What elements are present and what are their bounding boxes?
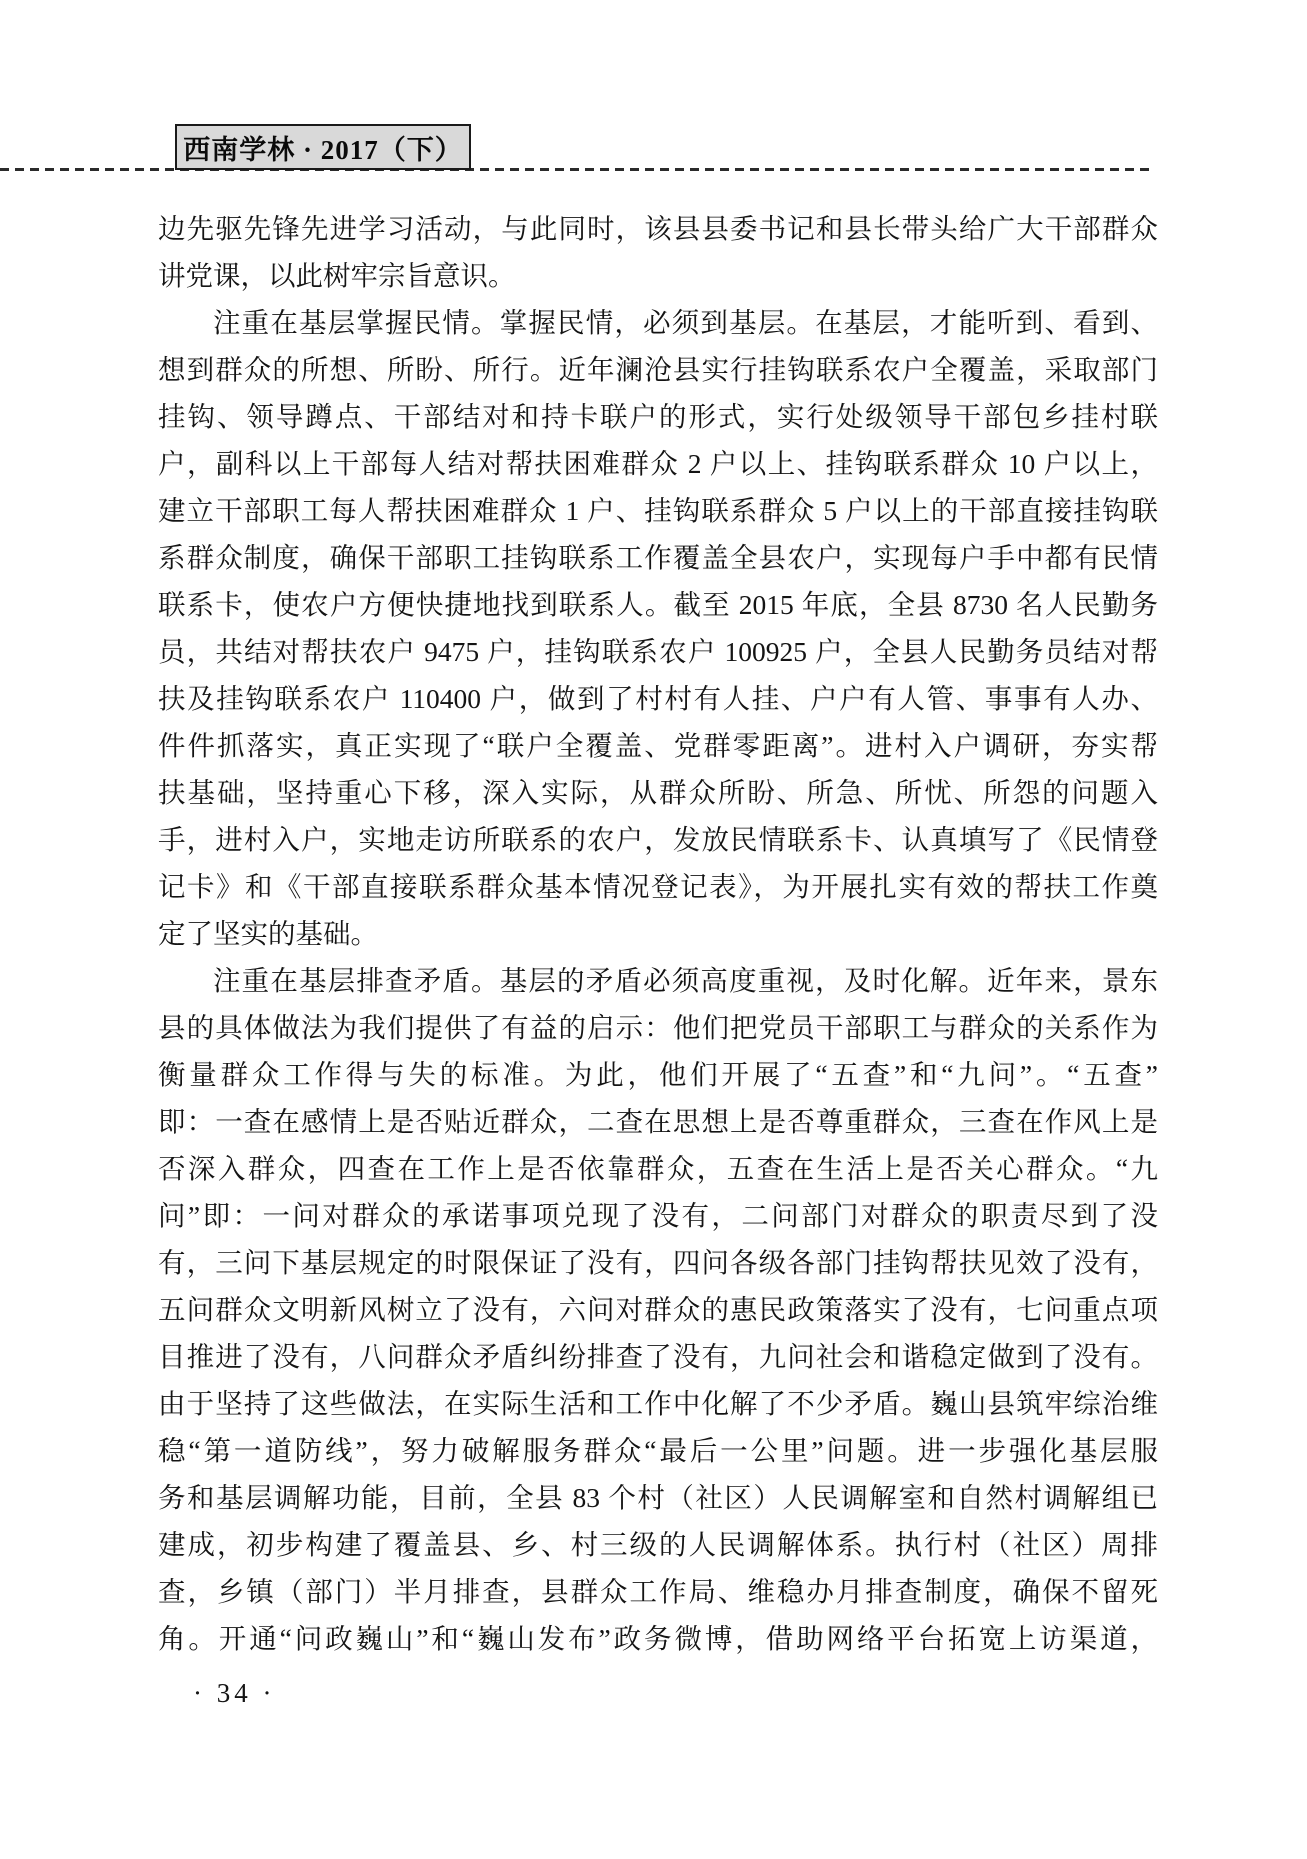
text-line: 系群众制度，确保干部职工挂钩联系工作覆盖全县农户，实现每户手中都有民情 [158,534,1158,581]
text-line: 五问群众文明新风树立了没有，六问对群众的惠民政策落实了没有，七问重点项 [158,1286,1158,1333]
text-line: 想到群众的所想、所盼、所行。近年澜沧县实行挂钩联系农户全覆盖，采取部门 [158,346,1158,393]
text-line: 扶及挂钩联系农户 110400 户，做到了村村有人挂、户户有人管、事事有人办、 [158,675,1158,722]
text-line: 由于坚持了这些做法，在实际生活和工作中化解了不少矛盾。巍山县筑牢综治维 [158,1380,1158,1427]
text-line: 手，进村入户，实地走访所联系的农户，发放民情联系卡、认真填写了《民情登 [158,816,1158,863]
text-line: 衡量群众工作得与失的标准。为此，他们开展了“五查”和“九问”。“五查” [158,1051,1158,1098]
text-line: 扶基础，坚持重心下移，深入实际，从群众所盼、所急、所忧、所怨的问题入 [158,769,1158,816]
text-line: 即：一查在感情上是否贴近群众，二查在思想上是否尊重群众，三查在作风上是 [158,1098,1158,1145]
text-line: 定了坚实的基础。 [158,910,1158,957]
text-line: 挂钩、领导蹲点、干部结对和持卡联户的形式，实行处级领导干部包乡挂村联 [158,393,1158,440]
page-body: 边先驱先锋先进学习活动，与此同时，该县县委书记和县长带头给广大干部群众讲党课，以… [158,205,1158,1662]
text-line: 件件抓落实，真正实现了“联户全覆盖、党群零距离”。进村入户调研，夯实帮 [158,722,1158,769]
book-page: 西南学林 · 2017（下） 边先驱先锋先进学习活动，与此同时，该县县委书记和县… [0,0,1307,1859]
text-line: 查，乡镇（部门）半月排查，县群众工作局、维稳办月排查制度，确保不留死 [158,1568,1158,1615]
text-line: 注重在基层排查矛盾。基层的矛盾必须高度重视，及时化解。近年来，景东 [158,957,1158,1004]
text-line: 建成，初步构建了覆盖县、乡、村三级的人民调解体系。执行村（社区）周排 [158,1521,1158,1568]
text-line: 注重在基层掌握民情。掌握民情，必须到基层。在基层，才能听到、看到、 [158,299,1158,346]
text-line: 记卡》和《干部直接联系群众基本情况登记表》，为开展扎实有效的帮扶工作奠 [158,863,1158,910]
text-line: 县的具体做法为我们提供了有益的启示：他们把党员干部职工与群众的关系作为 [158,1004,1158,1051]
text-line: 讲党课，以此树牢宗旨意识。 [158,252,1158,299]
text-line: 有，三问下基层规定的时限保证了没有，四问各级各部门挂钩帮扶见效了没有， [158,1239,1158,1286]
text-line: 否深入群众，四查在工作上是否依靠群众，五查在生活上是否关心群众。“九 [158,1145,1158,1192]
text-line: 稳“第一道防线”，努力破解服务群众“最后一公里”问题。进一步强化基层服 [158,1427,1158,1474]
text-line: 联系卡，使农户方便快捷地找到联系人。截至 2015 年底，全县 8730 名人民… [158,581,1158,628]
text-line: 边先驱先锋先进学习活动，与此同时，该县县委书记和县长带头给广大干部群众 [158,205,1158,252]
text-line: 问”即：一问对群众的承诺事项兑现了没有，二问部门对群众的职责尽到了没 [158,1192,1158,1239]
text-line: 员，共结对帮扶农户 9475 户，挂钩联系农户 100925 户，全县人民勤务员… [158,628,1158,675]
journal-title: 西南学林 · 2017（下） [183,128,463,167]
text-line: 建立干部职工每人帮扶困难群众 1 户、挂钩联系群众 5 户以上的干部直接挂钩联 [158,487,1158,534]
text-line: 目推进了没有，八问群众矛盾纠纷排查了没有，九问社会和谐稳定做到了没有。 [158,1333,1158,1380]
header-dashed-divider [0,168,1155,171]
page-number: · 34 · [193,1678,275,1709]
text-line: 户，副科以上干部每人结对帮扶困难群众 2 户以上、挂钩联系群众 10 户以上， [158,440,1158,487]
text-line: 角。开通“问政巍山”和“巍山发布”政务微博，借助网络平台拓宽上访渠道， [158,1615,1158,1662]
text-line: 务和基层调解功能，目前，全县 83 个村（社区）人民调解室和自然村调解组已 [158,1474,1158,1521]
journal-header-badge: 西南学林 · 2017（下） [175,124,471,170]
